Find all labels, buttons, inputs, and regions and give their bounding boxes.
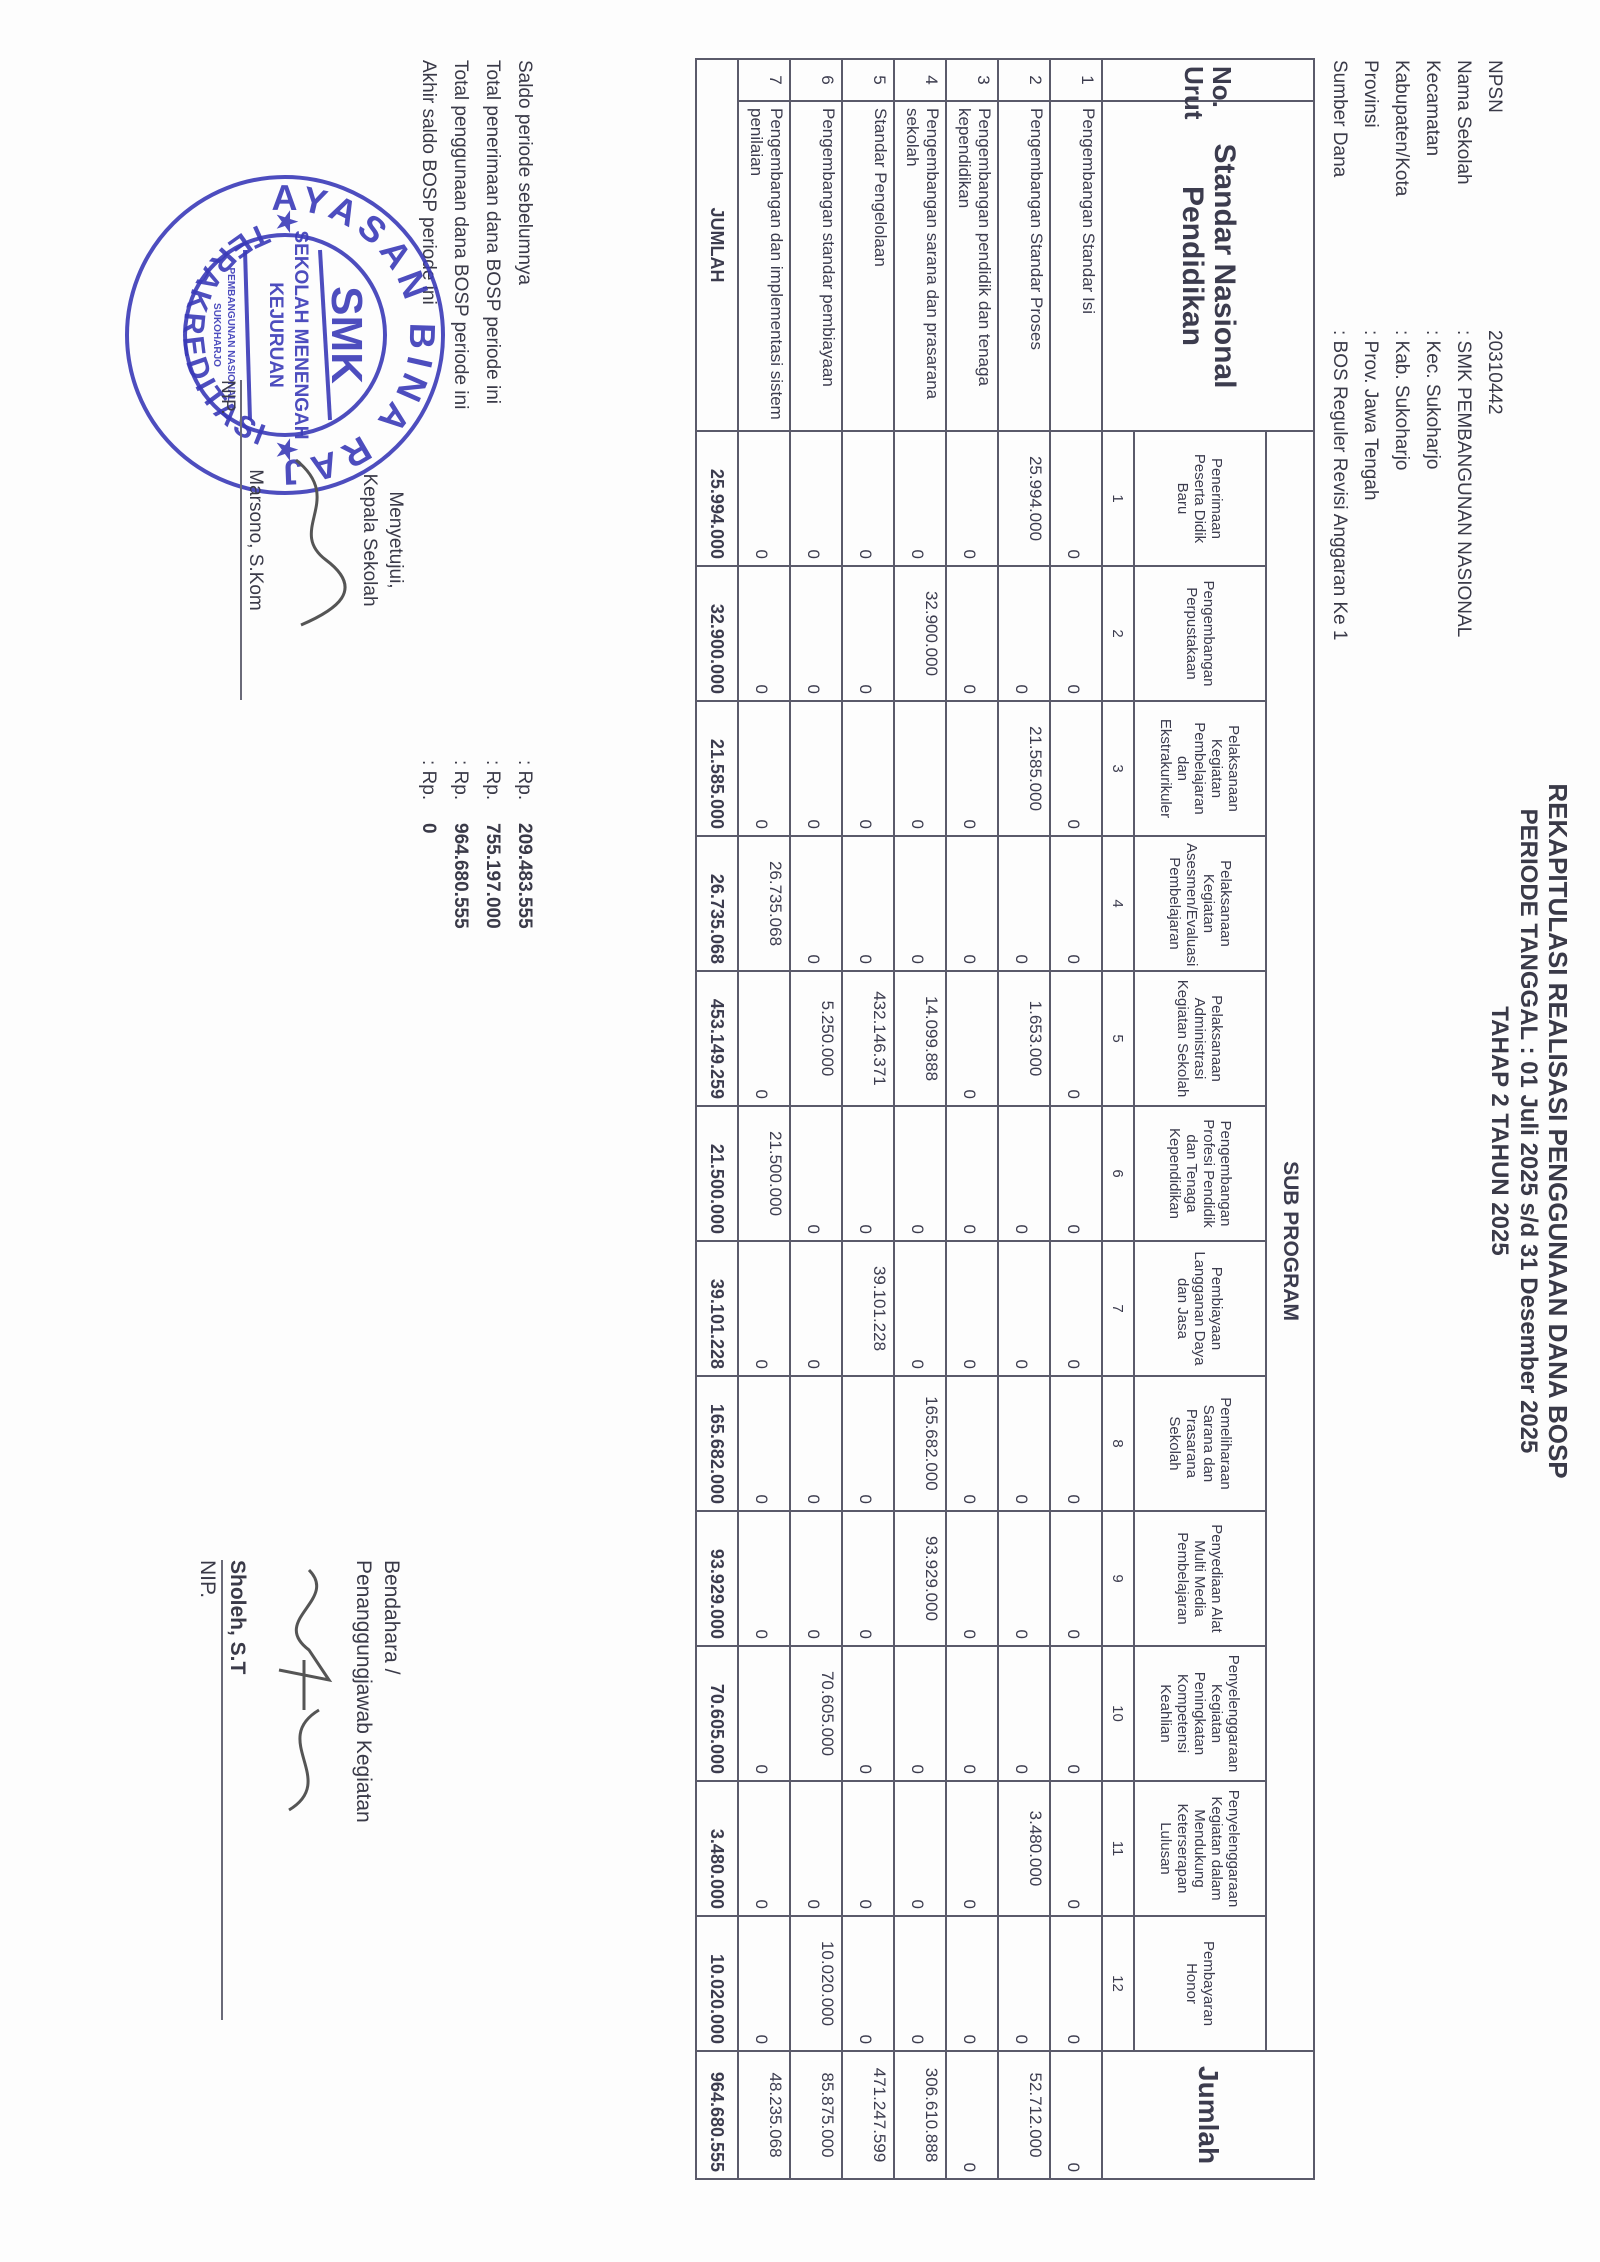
zero-value: 0 (959, 843, 997, 964)
info-label: Provinsi (1355, 60, 1386, 330)
amount-value: 14.099.888 (921, 978, 945, 1099)
zero-value: 0 (855, 1518, 893, 1639)
summary-currency: : Rp. (508, 760, 540, 815)
zero-value: 0 (855, 843, 893, 964)
treasurer-nip: NIP. (193, 1560, 221, 2020)
summary-currency: : Rp. (444, 760, 476, 815)
zero-value: 0 (907, 708, 945, 829)
zero-value: 0 (803, 708, 841, 829)
amount-cell: 0 (790, 1106, 842, 1241)
info-label: Kecamatan (1417, 60, 1448, 330)
zero-value: 0 (959, 978, 997, 1099)
amount-cell: 0 (738, 1916, 790, 2051)
row-total-cell: 52.712.000 (998, 2051, 1050, 2179)
amount-cell: 0 (946, 1646, 998, 1781)
amount-cell: 0 (738, 1241, 790, 1376)
zero-value: 0 (959, 1653, 997, 1774)
report-period: PERIODE TANGGAL : 01 Juli 2025 s/d 31 De… (1514, 0, 1543, 2262)
row-number: 1 (1050, 59, 1102, 101)
info-row: Kecamatan: Kec. Sukoharjo (1417, 60, 1448, 641)
amount-cell: 0 (894, 1241, 946, 1376)
zero-value: 0 (1011, 1923, 1049, 2044)
zero-value: 0 (959, 1113, 997, 1234)
svg-text:SMK: SMK (322, 286, 371, 384)
amount-cell: 432.146.371 (842, 971, 894, 1106)
table-row: 2Pengembangan Standar Proses25.994.00002… (998, 59, 1050, 2179)
amount-cell: 0 (946, 1916, 998, 2051)
row-number: 3 (946, 59, 998, 101)
column-total-cell: 39.101.228 (696, 1241, 738, 1376)
sub-program-number: 8 (1102, 1376, 1134, 1511)
row-total-cell: 48.235.068 (738, 2051, 790, 2179)
grand-total-cell: 964.680.555 (696, 2051, 738, 2179)
summary-amount: 209.483.555 (508, 815, 540, 929)
zero-value: 0 (751, 1383, 789, 1504)
column-total-cell: 25.994.000 (696, 431, 738, 566)
svg-text:KEJURUAN: KEJURUAN (265, 282, 286, 388)
standard-name: Pengembangan pendidik dan tenaga kependi… (946, 101, 998, 431)
approval-label: Menyetujui, (382, 380, 408, 700)
principal-name: Marsono, S.Kom (240, 380, 268, 700)
amount-cell: 0 (894, 1916, 946, 2051)
amount-cell: 26.735.068 (738, 836, 790, 971)
amount-value: 306.610.888 (921, 2058, 945, 2172)
amount-cell: 0 (946, 431, 998, 566)
column-total-cell: 21.500.000 (696, 1106, 738, 1241)
amount-cell: 0 (1050, 971, 1102, 1106)
sub-program-number: 11 (1102, 1781, 1134, 1916)
amount-cell: 0 (894, 1106, 946, 1241)
amount-cell: 0 (842, 1781, 894, 1916)
zero-value: 0 (1011, 1383, 1049, 1504)
amount-cell: 0 (842, 1646, 894, 1781)
summary-label: Saldo periode sebelumnya (508, 60, 540, 760)
zero-value: 0 (855, 573, 893, 694)
sub-program-column-header: Pengembangan Profesi Pendidik dan Tenaga… (1134, 1106, 1266, 1241)
amount-cell: 21.500.000 (738, 1106, 790, 1241)
column-total-cell: 70.605.000 (696, 1646, 738, 1781)
amount-cell: 0 (946, 971, 998, 1106)
amount-cell: 0 (738, 1376, 790, 1511)
standard-name: Pengembangan sarana dan prasarana sekola… (894, 101, 946, 431)
zero-value: 0 (1063, 1113, 1101, 1234)
zero-value: 0 (1063, 1788, 1101, 1909)
amount-cell: 32.900.000 (894, 566, 946, 701)
zero-value: 0 (1063, 1248, 1101, 1369)
zero-value: 0 (959, 1248, 997, 1369)
amount-cell: 0 (1050, 1241, 1102, 1376)
zero-value: 0 (1063, 708, 1101, 829)
zero-value: 0 (1011, 573, 1049, 694)
principal-signature-block: Menyetujui, Kepala Sekolah Marsono, S.Ko… (214, 380, 408, 700)
amount-cell: 0 (738, 701, 790, 836)
amount-cell: 0 (790, 566, 842, 701)
amount-value: 21.500.000 (765, 1113, 789, 1234)
column-header-total: Jumlah (1102, 2051, 1314, 2179)
zero-value: 0 (907, 1653, 945, 1774)
row-total-cell: 306.610.888 (894, 2051, 946, 2179)
amount-cell: 0 (738, 1646, 790, 1781)
sub-program-header: SUB PROGRAM (1266, 431, 1314, 2051)
zero-value: 0 (959, 573, 997, 694)
amount-cell: 0 (894, 431, 946, 566)
amount-cell: 0 (894, 836, 946, 971)
column-total-cell: 3.480.000 (696, 1781, 738, 1916)
zero-value: 0 (1063, 438, 1101, 559)
zero-value: 0 (959, 1518, 997, 1639)
amount-value: 21.585.000 (1025, 708, 1049, 829)
table-row: 3Pengembangan pendidik dan tenaga kepend… (946, 59, 998, 2179)
sub-program-number: 7 (1102, 1241, 1134, 1376)
amount-value: 48.235.068 (765, 2058, 789, 2172)
table-row: 6Pengembangan standar pembiayaan00005.25… (790, 59, 842, 2179)
amount-cell: 0 (998, 836, 1050, 971)
summary-row: Saldo periode sebelumnya: Rp.209.483.555 (508, 60, 540, 929)
zero-value: 0 (907, 1248, 945, 1369)
amount-cell: 0 (998, 1916, 1050, 2051)
amount-cell: 0 (946, 566, 998, 701)
amount-value: 165.682.000 (921, 1383, 945, 1504)
zero-value: 0 (907, 843, 945, 964)
amount-cell: 5.250.000 (790, 971, 842, 1106)
zero-value: 0 (751, 1923, 789, 2044)
zero-value: 0 (803, 1788, 841, 1909)
row-total-cell: 0 (1050, 2051, 1102, 2179)
standard-name: Standar Pengelolaan (842, 101, 894, 431)
sub-program-column-header: Penyelenggaraan Kegiatan Peningkatan Kom… (1134, 1646, 1266, 1781)
amount-cell: 39.101.228 (842, 1241, 894, 1376)
zero-value: 0 (751, 438, 789, 559)
info-value: : BOS Reguler Revisi Anggaran Ke 1 (1324, 330, 1355, 641)
standard-name: Pengembangan standar pembiayaan (790, 101, 842, 431)
amount-cell: 0 (842, 701, 894, 836)
zero-value: 0 (751, 573, 789, 694)
zero-value: 0 (959, 438, 997, 559)
column-total-cell: 165.682.000 (696, 1376, 738, 1511)
zero-value: 0 (751, 978, 789, 1099)
zero-value: 0 (1063, 1383, 1101, 1504)
treasurer-role-line1: Bendahara / (377, 1560, 405, 2020)
table-row: 1Pengembangan Standar Isi0000000000000 (1050, 59, 1102, 2179)
amount-cell: 0 (946, 1511, 998, 1646)
amount-cell: 0 (790, 1241, 842, 1376)
amount-cell: 0 (790, 1511, 842, 1646)
amount-cell: 0 (790, 836, 842, 971)
zero-value: 0 (907, 1788, 945, 1909)
zero-value: 0 (803, 438, 841, 559)
row-number: 7 (738, 59, 790, 101)
sub-program-number: 10 (1102, 1646, 1134, 1781)
amount-value: 85.875.000 (817, 2058, 841, 2172)
zero-value: 0 (803, 1113, 841, 1234)
zero-value: 0 (803, 1383, 841, 1504)
info-row: Sumber Dana: BOS Reguler Revisi Anggaran… (1324, 60, 1355, 641)
info-value: : Kab. Sukoharjo (1386, 330, 1417, 470)
info-label: Sumber Dana (1324, 60, 1355, 330)
zero-value: 0 (959, 708, 997, 829)
amount-cell: 0 (842, 836, 894, 971)
zero-value: 0 (959, 2058, 997, 2172)
amount-cell: 0 (998, 1646, 1050, 1781)
amount-cell: 0 (1050, 1916, 1102, 2051)
amount-cell: 0 (1050, 836, 1102, 971)
document-page: REKAPITULASI REALISASI PENGGUNAAN DANA B… (0, 0, 1600, 2262)
amount-value: 70.605.000 (817, 1653, 841, 1774)
column-header-standard: Standar Nasional Pendidikan (1102, 101, 1314, 431)
amount-cell: 0 (946, 1376, 998, 1511)
zero-value: 0 (803, 573, 841, 694)
zero-value: 0 (751, 1788, 789, 1909)
column-total-cell: 10.020.000 (696, 1916, 738, 2051)
sub-program-number: 2 (1102, 566, 1134, 701)
sub-program-number: 3 (1102, 701, 1134, 836)
sub-program-number: 9 (1102, 1511, 1134, 1646)
amount-cell: 0 (1050, 566, 1102, 701)
zero-value: 0 (959, 1383, 997, 1504)
column-total-cell: 21.585.000 (696, 701, 738, 836)
svg-text:SUKOHARJO: SUKOHARJO (211, 303, 222, 367)
standard-name: Pengembangan Standar Isi (1050, 101, 1102, 431)
realization-table: No. Urut Standar Nasional Pendidikan SUB… (695, 58, 1315, 2180)
sub-program-number: 6 (1102, 1106, 1134, 1241)
zero-value: 0 (1063, 1518, 1101, 1639)
amount-cell: 0 (946, 1241, 998, 1376)
amount-cell: 165.682.000 (894, 1376, 946, 1511)
amount-cell: 0 (842, 1511, 894, 1646)
amount-value: 5.250.000 (817, 978, 841, 1099)
row-total-cell: 85.875.000 (790, 2051, 842, 2179)
row-number: 2 (998, 59, 1050, 101)
row-number: 5 (842, 59, 894, 101)
zero-value: 0 (855, 1113, 893, 1234)
amount-value: 10.020.000 (817, 1923, 841, 2044)
sub-program-number: 1 (1102, 431, 1134, 566)
amount-cell: 0 (894, 701, 946, 836)
amount-cell: 0 (998, 1241, 1050, 1376)
amount-cell: 10.020.000 (790, 1916, 842, 2051)
amount-cell: 0 (1050, 1511, 1102, 1646)
zero-value: 0 (855, 1788, 893, 1909)
zero-value: 0 (1063, 2058, 1101, 2172)
zero-value: 0 (959, 1923, 997, 2044)
summary-currency: : Rp. (412, 760, 444, 815)
sub-program-column-header: Penyediaan Alat Multi Media Pembelajaran (1134, 1511, 1266, 1646)
sub-program-number: 12 (1102, 1916, 1134, 2051)
amount-cell: 25.994.000 (998, 431, 1050, 566)
zero-value: 0 (1011, 1113, 1049, 1234)
zero-value: 0 (803, 843, 841, 964)
zero-value: 0 (803, 1518, 841, 1639)
amount-cell: 0 (998, 1376, 1050, 1511)
sub-program-column-header: Pembiayaan Langganan Daya dan Jasa (1134, 1241, 1266, 1376)
column-total-cell: 32.900.000 (696, 566, 738, 701)
zero-value: 0 (1063, 978, 1101, 1099)
summary-label: Total penerimaan dana BOSP periode ini (476, 60, 508, 760)
svg-text:★: ★ (272, 210, 302, 234)
info-label: Nama Sekolah (1448, 60, 1479, 330)
amount-cell: 0 (946, 1781, 998, 1916)
sub-program-column-header: Penerimaan Peserta Didik Baru (1134, 431, 1266, 566)
principal-nip: NIP. (214, 380, 240, 700)
zero-value: 0 (855, 1383, 893, 1504)
amount-cell: 0 (790, 1376, 842, 1511)
info-value: : SMK PEMBANGUNAN NASIONAL (1448, 330, 1479, 637)
amount-cell: 0 (1050, 431, 1102, 566)
sub-program-number: 4 (1102, 836, 1134, 971)
zero-value: 0 (751, 1518, 789, 1639)
info-row: Provinsi: Prov. Jawa Tengah (1355, 60, 1386, 641)
amount-value: 93.929.000 (921, 1518, 945, 1639)
amount-cell: 0 (842, 1376, 894, 1511)
info-value: : Prov. Jawa Tengah (1355, 330, 1386, 500)
amount-cell: 0 (1050, 1106, 1102, 1241)
amount-value: 1.653.000 (1025, 978, 1049, 1099)
sub-program-column-header: Pelaksanaan Kegiatan Asesmen/Evaluasi Pe… (1134, 836, 1266, 971)
info-label: NPSN (1479, 60, 1510, 330)
treasurer-role-line2: Penanggungjawab Kegiatan (349, 1560, 377, 2020)
row-number: 4 (894, 59, 946, 101)
summary-currency: : Rp. (476, 760, 508, 815)
table-row: 5Standar Pengelolaan0000432.146.371039.1… (842, 59, 894, 2179)
amount-cell: 0 (998, 566, 1050, 701)
table-row: 7Pengembangan dan implementasi sistem pe… (738, 59, 790, 2179)
sub-program-column-header: Pelaksanaan Administrasi Kegiatan Sekola… (1134, 971, 1266, 1106)
amount-cell: 0 (894, 1781, 946, 1916)
column-total-cell: 26.735.068 (696, 836, 738, 971)
report-title: REKAPITULASI REALISASI PENGGUNAAN DANA B… (1543, 0, 1572, 2262)
sub-program-column-header: Penyelenggaraan Kegiatan dalam Mendukung… (1134, 1781, 1266, 1916)
amount-cell: 0 (738, 566, 790, 701)
zero-value: 0 (907, 1923, 945, 2044)
standard-name: Pengembangan Standar Proses (998, 101, 1050, 431)
sub-program-column-header: Pengembangan Perpustakaan (1134, 566, 1266, 701)
amount-cell: 0 (738, 971, 790, 1106)
amount-cell: 0 (946, 1106, 998, 1241)
amount-cell: 0 (894, 1646, 946, 1781)
zero-value: 0 (803, 1248, 841, 1369)
principal-role: Kepala Sekolah (356, 380, 382, 700)
amount-cell: 1.653.000 (998, 971, 1050, 1106)
treasurer-signature-block: Bendahara / Penanggungjawab Kegiatan Sho… (193, 1560, 405, 2020)
amount-value: 25.994.000 (1025, 438, 1049, 559)
amount-cell: 0 (998, 1511, 1050, 1646)
info-value: : Kec. Sukoharjo (1417, 330, 1448, 469)
principal-signature-icon (276, 440, 356, 640)
zero-value: 0 (1063, 843, 1101, 964)
total-label: JUMLAH (696, 59, 738, 431)
sub-program-column-header: Pembayaran Honor (1134, 1916, 1266, 2051)
info-value: 20310442 (1479, 330, 1510, 415)
column-total-cell: 93.929.000 (696, 1511, 738, 1646)
zero-value: 0 (959, 1788, 997, 1909)
treasurer-name: Sholeh, S.T (221, 1560, 251, 2020)
amount-cell: 0 (842, 566, 894, 701)
amount-cell: 0 (1050, 1376, 1102, 1511)
amount-value: 39.101.228 (869, 1248, 893, 1369)
amount-cell: 0 (790, 431, 842, 566)
zero-value: 0 (855, 1653, 893, 1774)
zero-value: 0 (751, 1248, 789, 1369)
school-info: NPSN20310442Nama Sekolah: SMK PEMBANGUNA… (1324, 60, 1510, 641)
info-row: Nama Sekolah: SMK PEMBANGUNAN NASIONAL (1448, 60, 1479, 641)
amount-cell: 0 (842, 1916, 894, 2051)
sub-program-column-header: Pelaksanaan Kegiatan Pembelajaran dan Ek… (1134, 701, 1266, 836)
zero-value: 0 (1063, 1653, 1101, 1774)
zero-value: 0 (855, 708, 893, 829)
amount-cell: 70.605.000 (790, 1646, 842, 1781)
amount-cell: 3.480.000 (998, 1781, 1050, 1916)
zero-value: 0 (1063, 573, 1101, 694)
table-row: 4Pengembangan sarana dan prasarana sekol… (894, 59, 946, 2179)
zero-value: 0 (855, 1923, 893, 2044)
zero-value: 0 (855, 438, 893, 559)
zero-value: 0 (1011, 1518, 1049, 1639)
column-header-no: No. Urut (1102, 59, 1314, 101)
zero-value: 0 (1011, 843, 1049, 964)
amount-cell: 0 (842, 431, 894, 566)
amount-cell: 0 (1050, 1781, 1102, 1916)
amount-cell: 21.585.000 (998, 701, 1050, 836)
amount-cell: 0 (842, 1106, 894, 1241)
row-total-cell: 0 (946, 2051, 998, 2179)
summary-amount: 0 (412, 815, 444, 834)
amount-value: 32.900.000 (921, 573, 945, 694)
zero-value: 0 (751, 708, 789, 829)
info-row: Kabupaten/Kota: Kab. Sukoharjo (1386, 60, 1417, 641)
info-row: NPSN20310442 (1479, 60, 1510, 641)
treasurer-signature-icon (259, 1560, 349, 1820)
info-label: Kabupaten/Kota (1386, 60, 1417, 330)
amount-cell: 14.099.888 (894, 971, 946, 1106)
zero-value: 0 (1011, 1653, 1049, 1774)
amount-cell: 0 (946, 836, 998, 971)
row-number: 6 (790, 59, 842, 101)
amount-cell: 0 (790, 1781, 842, 1916)
standard-name: Pengembangan dan implementasi sistem pen… (738, 101, 790, 431)
zero-value: 0 (907, 1113, 945, 1234)
summary-amount: 755.197.000 (476, 815, 508, 929)
amount-cell: 0 (1050, 1646, 1102, 1781)
zero-value: 0 (907, 438, 945, 559)
row-total-cell: 471.247.599 (842, 2051, 894, 2179)
amount-value: 26.735.068 (765, 843, 789, 964)
amount-cell: 0 (790, 701, 842, 836)
amount-value: 432.146.371 (869, 978, 893, 1099)
amount-cell: 0 (998, 1106, 1050, 1241)
column-total-cell: 453.149.259 (696, 971, 738, 1106)
summary-row: Total penerimaan dana BOSP periode ini: … (476, 60, 508, 929)
amount-cell: 93.929.000 (894, 1511, 946, 1646)
summary-amount: 964.680.555 (444, 815, 476, 929)
zero-value: 0 (1063, 1923, 1101, 2044)
sub-program-column-header: Pemeliharaan Sarana dan Prasarana Sekola… (1134, 1376, 1266, 1511)
zero-value: 0 (1011, 1248, 1049, 1369)
amount-cell: 0 (738, 1781, 790, 1916)
amount-cell: 0 (738, 1511, 790, 1646)
zero-value: 0 (751, 1653, 789, 1774)
amount-value: 471.247.599 (869, 2058, 893, 2172)
amount-cell: 0 (1050, 701, 1102, 836)
sub-program-number: 5 (1102, 971, 1134, 1106)
amount-cell: 0 (738, 431, 790, 566)
amount-cell: 0 (946, 701, 998, 836)
amount-value: 3.480.000 (1025, 1788, 1049, 1909)
amount-value: 52.712.000 (1025, 2058, 1049, 2172)
